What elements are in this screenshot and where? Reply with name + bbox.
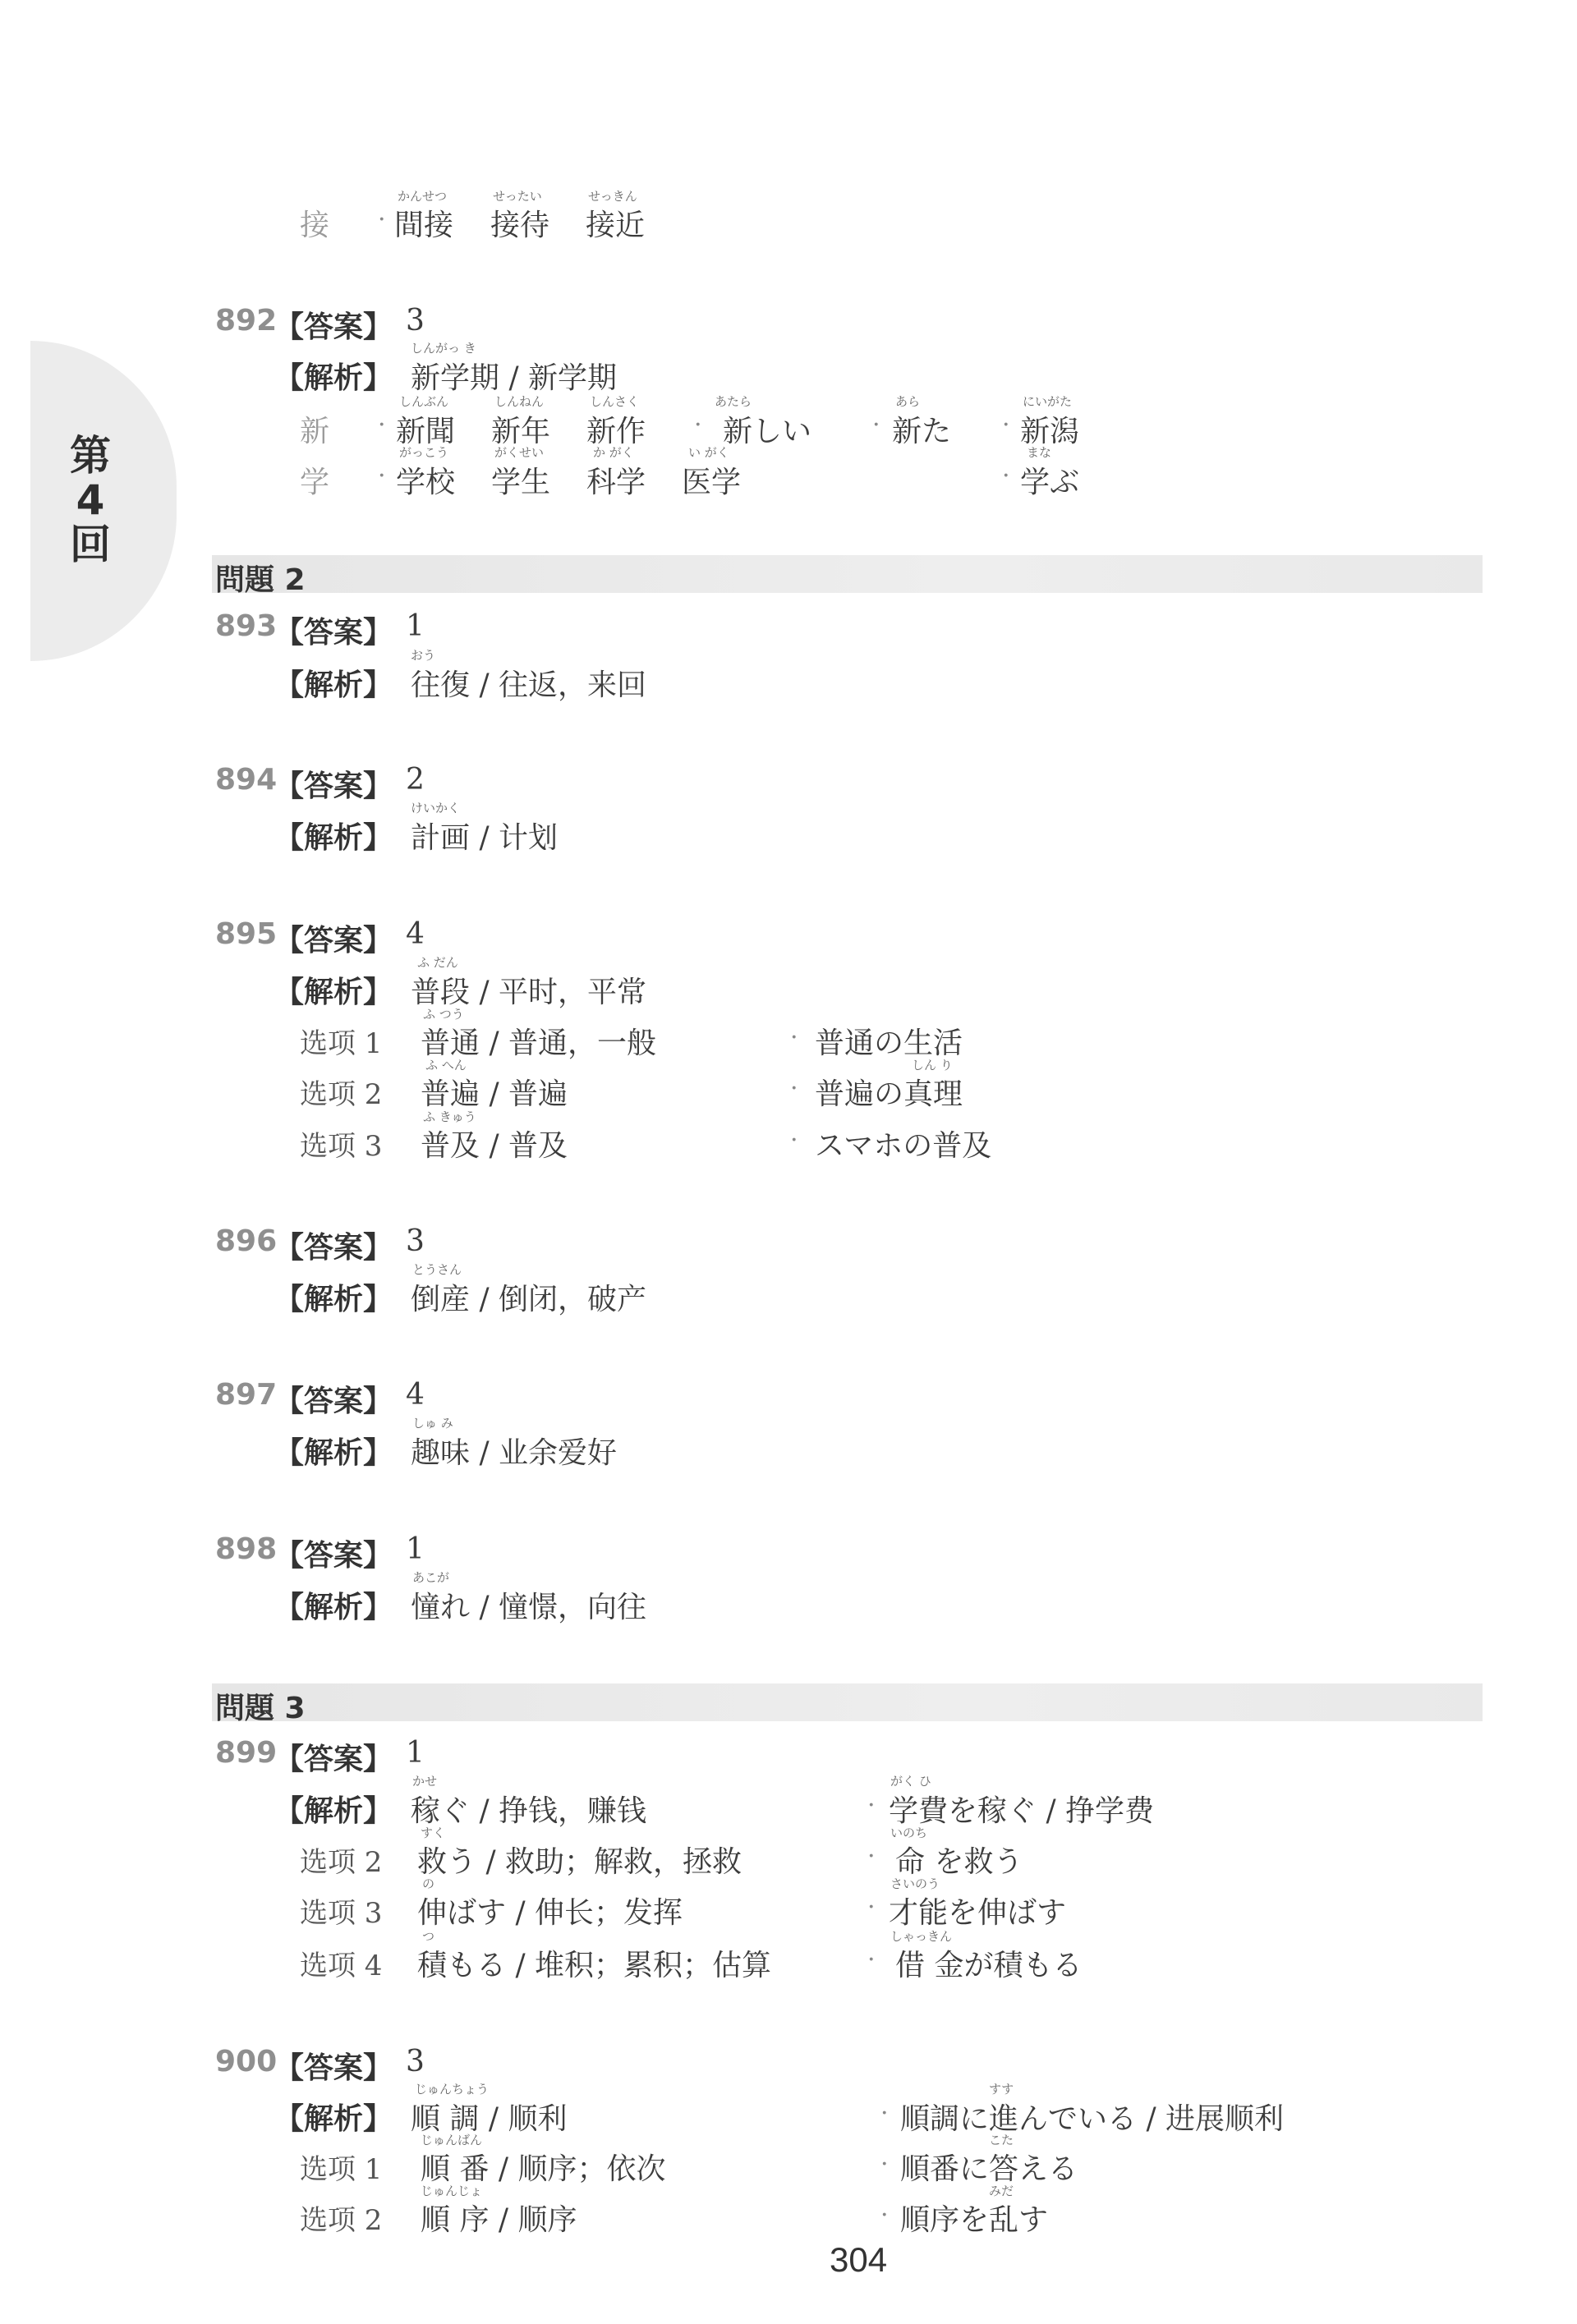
vocab-word: 学ぶ (1020, 459, 1079, 501)
answer-tag: 【答案】 (274, 1378, 393, 1420)
question-number: 896 (215, 1224, 277, 1258)
answer-tag: 【答案】 (274, 304, 393, 346)
option-text: 順 序 / 顺序 (421, 2197, 577, 2239)
kanji-label: 新 (300, 408, 329, 450)
ruby: か がく (593, 443, 634, 461)
option-text: 普及 / 普及 (421, 1123, 568, 1164)
bullet-dot: · (880, 2099, 889, 2128)
bullet-dot: · (880, 2201, 889, 2230)
analysis-tag: 【解析】 (274, 2096, 393, 2138)
ruby: あこが (412, 1568, 449, 1586)
analysis-tag: 【解析】 (274, 1584, 393, 1626)
ruby: まな (1027, 443, 1051, 461)
analysis-tag: 【解析】 (274, 1430, 393, 1472)
question-number: 895 (215, 917, 277, 951)
option-text: 積もる / 堆积；累积；估算 (417, 1942, 771, 1984)
ruby: がくせい (494, 443, 544, 461)
analysis-example: 順調に進んでいる / 进展顺利 (900, 2096, 1284, 2138)
answer-value: 2 (406, 763, 425, 797)
question-number: 892 (215, 304, 277, 338)
question-number: 893 (215, 609, 277, 643)
option-text: 伸ばす / 伸长；发挥 (417, 1890, 683, 1931)
bullet-dot: · (378, 205, 386, 234)
option-example: スマホの普及 (815, 1123, 991, 1164)
option-text: 普遍 / 普遍 (421, 1071, 568, 1113)
answer-value: 3 (406, 1224, 425, 1258)
analysis-tag: 【解析】 (274, 355, 393, 397)
analysis-text: 新学期 / 新学期 (411, 355, 617, 397)
option-example: 才能を伸ばす (889, 1890, 1066, 1931)
bullet-dot: · (790, 1023, 798, 1052)
option-label: 选项 2 (300, 2198, 382, 2238)
vocab-word: 接近 (586, 202, 645, 244)
bullet-dot: · (867, 1791, 876, 1820)
ruby: しんさく (590, 393, 639, 410)
option-label: 选项 1 (300, 1021, 382, 1061)
analysis-tag: 【解析】 (274, 1788, 393, 1830)
question-number: 900 (215, 2045, 277, 2078)
question-number: 898 (215, 1532, 277, 1566)
answer-value: 3 (406, 2045, 425, 2078)
vocab-word: 新しい (723, 408, 811, 450)
option-label: 选项 3 (300, 1890, 382, 1931)
question-number: 894 (215, 763, 277, 797)
answer-value: 1 (406, 609, 425, 643)
ruby: しんがっ き (411, 339, 476, 356)
analysis-text: 倒産 / 倒闭，破产 (411, 1276, 646, 1318)
page-number: 304 (830, 2240, 887, 2280)
ruby: ふ だん (417, 953, 458, 971)
vocab-word: 学校 (396, 459, 455, 501)
answer-tag: 【答案】 (274, 917, 393, 959)
analysis-tag: 【解析】 (274, 662, 393, 704)
analysis-text: 憧れ / 憧憬，向往 (411, 1584, 646, 1626)
option-text: 救う / 救助；解救，拯救 (417, 1839, 742, 1881)
option-label: 选项 1 (300, 2147, 382, 2187)
ruby: けいかく (411, 799, 460, 816)
chapter-label: 第4回 (64, 434, 117, 567)
option-label: 选项 3 (300, 1123, 382, 1164)
ruby: すす (989, 2080, 1014, 2097)
ruby: じゅんちょう (415, 2080, 489, 2097)
bullet-dot: · (880, 2150, 889, 2179)
bullet-dot: · (790, 1126, 798, 1155)
ruby: にいがた (1023, 393, 1072, 410)
answer-value: 1 (406, 1736, 425, 1770)
ruby: とうさん (412, 1261, 462, 1278)
analysis-tag: 【解析】 (274, 1276, 393, 1318)
kanji-label: 接 (300, 202, 329, 244)
bullet-dot: · (872, 411, 880, 439)
analysis-text: 計画 / 计划 (411, 815, 558, 857)
analysis-text: 稼ぐ / 挣钱，赚钱 (411, 1788, 646, 1830)
vocab-word: 間接 (394, 202, 453, 244)
bullet-dot: · (867, 1893, 876, 1922)
option-label: 选项 2 (300, 1072, 382, 1112)
ruby: かせ (412, 1772, 437, 1789)
bullet-dot: · (1002, 462, 1010, 490)
option-example: 借 金が積もる (895, 1942, 1082, 1984)
answer-tag: 【答案】 (274, 1224, 393, 1266)
section-title: 問題 3 (215, 1685, 306, 1727)
vocab-word: 接待 (490, 202, 549, 244)
analysis-text: 往復 / 往返，来回 (411, 662, 646, 704)
analysis-tag: 【解析】 (274, 815, 393, 857)
option-label: 选项 2 (300, 1839, 382, 1880)
analysis-tag: 【解析】 (274, 969, 393, 1011)
vocab-word: 科学 (586, 459, 646, 501)
ruby: しんぶん (399, 393, 448, 410)
answer-tag: 【答案】 (274, 763, 393, 805)
ruby: おう (411, 646, 435, 664)
bullet-dot: · (1002, 411, 1010, 439)
ruby: がく ひ (890, 1772, 931, 1789)
ruby: あたら (715, 393, 752, 410)
option-example: 順序を乱す (900, 2197, 1048, 2239)
answer-value: 4 (406, 1378, 425, 1412)
ruby: しんねん (494, 393, 544, 410)
bullet-dot: · (867, 1842, 876, 1871)
answer-value: 4 (406, 917, 425, 951)
bullet-dot: · (694, 411, 702, 439)
analysis-example: 学費を稼ぐ / 挣学费 (889, 1788, 1154, 1830)
option-label: 选项 4 (300, 1943, 382, 1983)
section-title: 問題 2 (215, 557, 306, 599)
ruby: い がく (688, 443, 729, 461)
ruby: あら (895, 393, 920, 410)
answer-tag: 【答案】 (274, 1736, 393, 1778)
vocab-word: 新た (892, 408, 951, 450)
bullet-dot: · (790, 1074, 798, 1103)
question-number: 897 (215, 1378, 277, 1412)
bullet-dot: · (378, 411, 386, 439)
ruby: しゅ み (412, 1414, 453, 1431)
vocab-word: 医学 (682, 459, 741, 501)
option-example: 普遍の真理 (815, 1071, 963, 1113)
answer-tag: 【答案】 (274, 1532, 393, 1574)
vocab-word: 学生 (491, 459, 550, 501)
answer-tag: 【答案】 (274, 2045, 393, 2087)
answer-tag: 【答案】 (274, 609, 393, 651)
ruby: がっこう (399, 443, 448, 461)
bullet-dot: · (867, 1945, 876, 1974)
answer-value: 1 (406, 1532, 425, 1566)
question-number: 899 (215, 1736, 277, 1770)
bullet-dot: · (378, 462, 386, 490)
kanji-label: 学 (300, 459, 329, 501)
analysis-text: 趣味 / 业余爱好 (411, 1430, 617, 1472)
answer-value: 3 (406, 304, 425, 338)
section-header-bar (212, 555, 1483, 593)
section-header-bar (212, 1683, 1483, 1721)
